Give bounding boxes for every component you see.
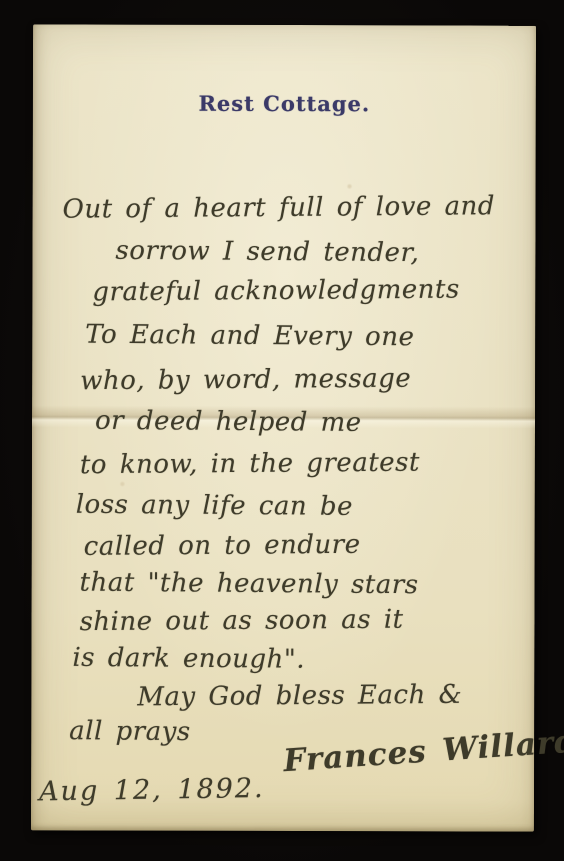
- letter-paper: Rest Cottage. Out of a heart full of lov…: [31, 24, 536, 831]
- handwritten-line: is dark enough".: [72, 643, 305, 675]
- photo-background: Rest Cottage. Out of a heart full of lov…: [0, 0, 564, 861]
- date-line: Aug 12, 1892.: [39, 773, 265, 807]
- handwritten-line: Out of a heart full of love and: [62, 191, 495, 224]
- handwritten-line: that "the heavenly stars: [79, 568, 418, 601]
- letterhead-text: Rest Cottage.: [33, 90, 536, 116]
- handwritten-line: called on to endure: [84, 530, 361, 562]
- handwritten-line: to know, in the greatest: [80, 448, 420, 481]
- handwritten-line: loss any life can be: [76, 490, 353, 522]
- handwritten-line: all prays: [69, 716, 191, 747]
- handwritten-line: or deed helped me: [95, 406, 362, 438]
- letter-body: Out of a heart full of love and sorrow I…: [33, 24, 536, 25]
- signature: Frances Willard: [282, 724, 564, 780]
- handwritten-line: grateful acknowledgments: [92, 275, 460, 308]
- handwritten-line: To Each and Every one: [85, 320, 414, 353]
- handwritten-line: who, by word, message: [80, 364, 411, 397]
- handwritten-line: May God bless Each &: [137, 680, 462, 713]
- handwritten-line: shine out as soon as it: [79, 605, 403, 638]
- handwritten-line: sorrow I send tender,: [115, 236, 419, 268]
